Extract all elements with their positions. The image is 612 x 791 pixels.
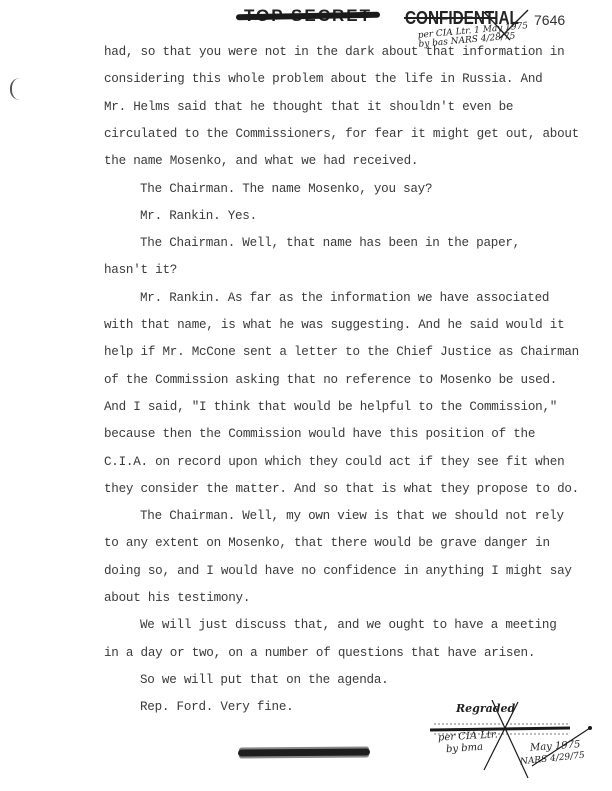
transcript-line: The Chairman. Well, that name has been i… bbox=[140, 236, 520, 250]
transcript-line: hasn't it? bbox=[104, 263, 177, 277]
transcript-line: about his testimony. bbox=[104, 591, 250, 605]
transcript-line: Rep. Ford. Very fine. bbox=[140, 700, 293, 714]
transcript-line: C.I.A. on record upon which they could a… bbox=[104, 455, 564, 469]
transcript-line: Mr. Rankin. Yes. bbox=[140, 209, 257, 223]
struck-classification-footer bbox=[238, 748, 370, 756]
transcript-line: Mr. Helms said that he thought that it s… bbox=[104, 100, 513, 114]
transcript-line: We will just discuss that, and we ought … bbox=[140, 618, 557, 632]
transcript-line: in a day or two, on a number of question… bbox=[104, 646, 535, 660]
transcript-line: The Chairman. The name Mosenko, you say? bbox=[140, 182, 432, 196]
transcript-line: Mr. Rankin. As far as the information we… bbox=[140, 291, 549, 305]
transcript-line: So we will put that on the agenda. bbox=[140, 673, 388, 687]
transcript-line: they consider the matter. And so that is… bbox=[104, 482, 579, 496]
transcript-line: circulated to the Commissioners, for fea… bbox=[104, 127, 579, 141]
margin-bracket-mark bbox=[10, 78, 22, 100]
transcript-line: with that name, is what he was suggestin… bbox=[104, 318, 564, 332]
transcript-line: doing so, and I would have no confidence… bbox=[104, 564, 572, 578]
struck-classification-header: TOP SECRET bbox=[240, 6, 376, 26]
transcript-line: of the Commission asking that no referen… bbox=[104, 373, 557, 387]
transcript-line: to any extent on Mosenko, that there wou… bbox=[104, 536, 550, 550]
transcript-line: had, so that you were not in the dark ab… bbox=[104, 45, 564, 59]
transcript-line: because then the Commission would have t… bbox=[104, 427, 535, 441]
transcript-line: the name Mosenko, and what we had receiv… bbox=[104, 154, 418, 168]
transcript-line: And I said, "I think that would be helpf… bbox=[104, 400, 557, 414]
regraded-handwritten-label: Regraded bbox=[456, 702, 515, 715]
transcript-line: considering this whole problem about the… bbox=[104, 72, 542, 86]
document-number: 7646 bbox=[534, 12, 565, 28]
transcript-line: help if Mr. McCone sent a letter to the … bbox=[104, 345, 579, 359]
document-page: TOP SECRET CONFIDENTIAL 7646 per CIA Ltr… bbox=[0, 0, 612, 791]
transcript-line: The Chairman. Well, my own view is that … bbox=[140, 509, 564, 523]
